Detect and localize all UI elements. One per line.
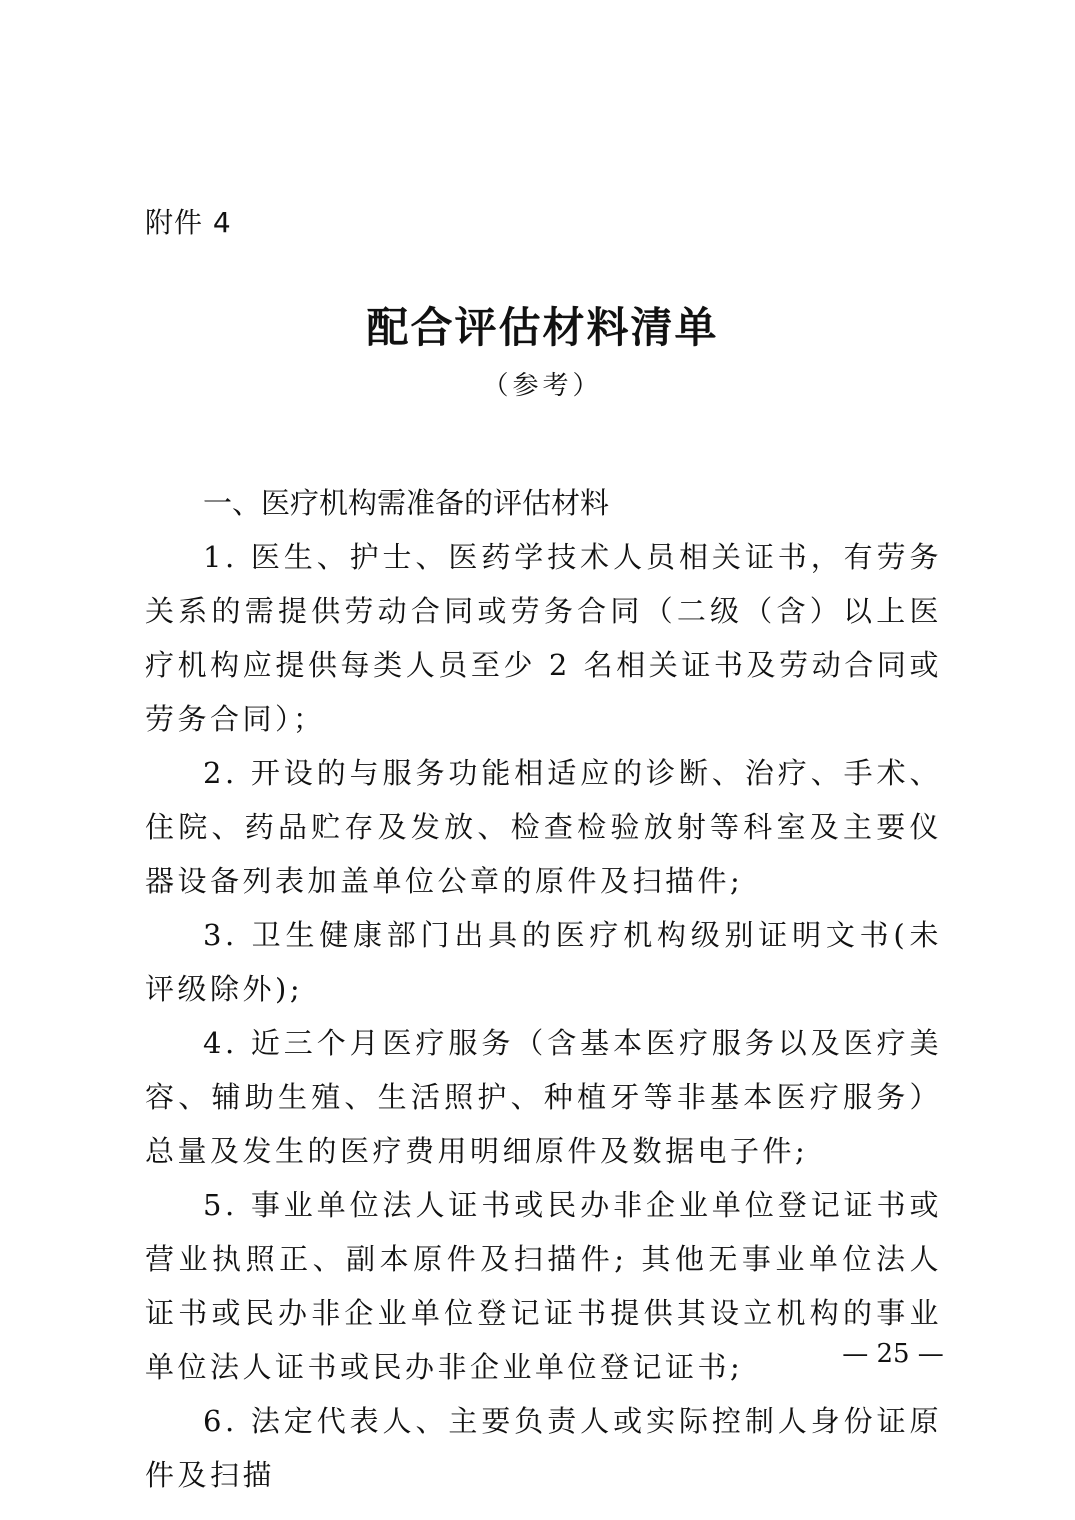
document-body: 一、医疗机构需准备的评估材料 1. 医生、护士、医药学技术人员相关证书，有劳务关… bbox=[145, 476, 942, 1502]
document-title: 配合评估材料清单 bbox=[0, 300, 1075, 356]
list-item-6: 6. 法定代表人、主要负责人或实际控制人身份证原件及扫描 bbox=[145, 1394, 942, 1502]
list-item-3: 3. 卫生健康部门出具的医疗机构级别证明文书(未评级除外); bbox=[145, 908, 942, 1016]
page-number: — 25 — bbox=[838, 1336, 948, 1372]
document-subtitle: （参考） bbox=[0, 368, 1075, 404]
list-item-2: 2. 开设的与服务功能相适应的诊断、治疗、手术、住院、药品贮存及发放、检查检验放… bbox=[145, 746, 942, 908]
list-item-1: 1. 医生、护士、医药学技术人员相关证书，有劳务关系的需提供劳动合同或劳务合同（… bbox=[145, 530, 942, 746]
attachment-label: 附件 4 bbox=[145, 205, 232, 241]
section-heading: 一、医疗机构需准备的评估材料 bbox=[145, 476, 942, 530]
list-item-4: 4. 近三个月医疗服务（含基本医疗服务以及医疗美容、辅助生殖、生活照护、种植牙等… bbox=[145, 1016, 942, 1178]
list-item-5: 5. 事业单位法人证书或民办非企业单位登记证书或营业执照正、副本原件及扫描件; … bbox=[145, 1178, 942, 1394]
